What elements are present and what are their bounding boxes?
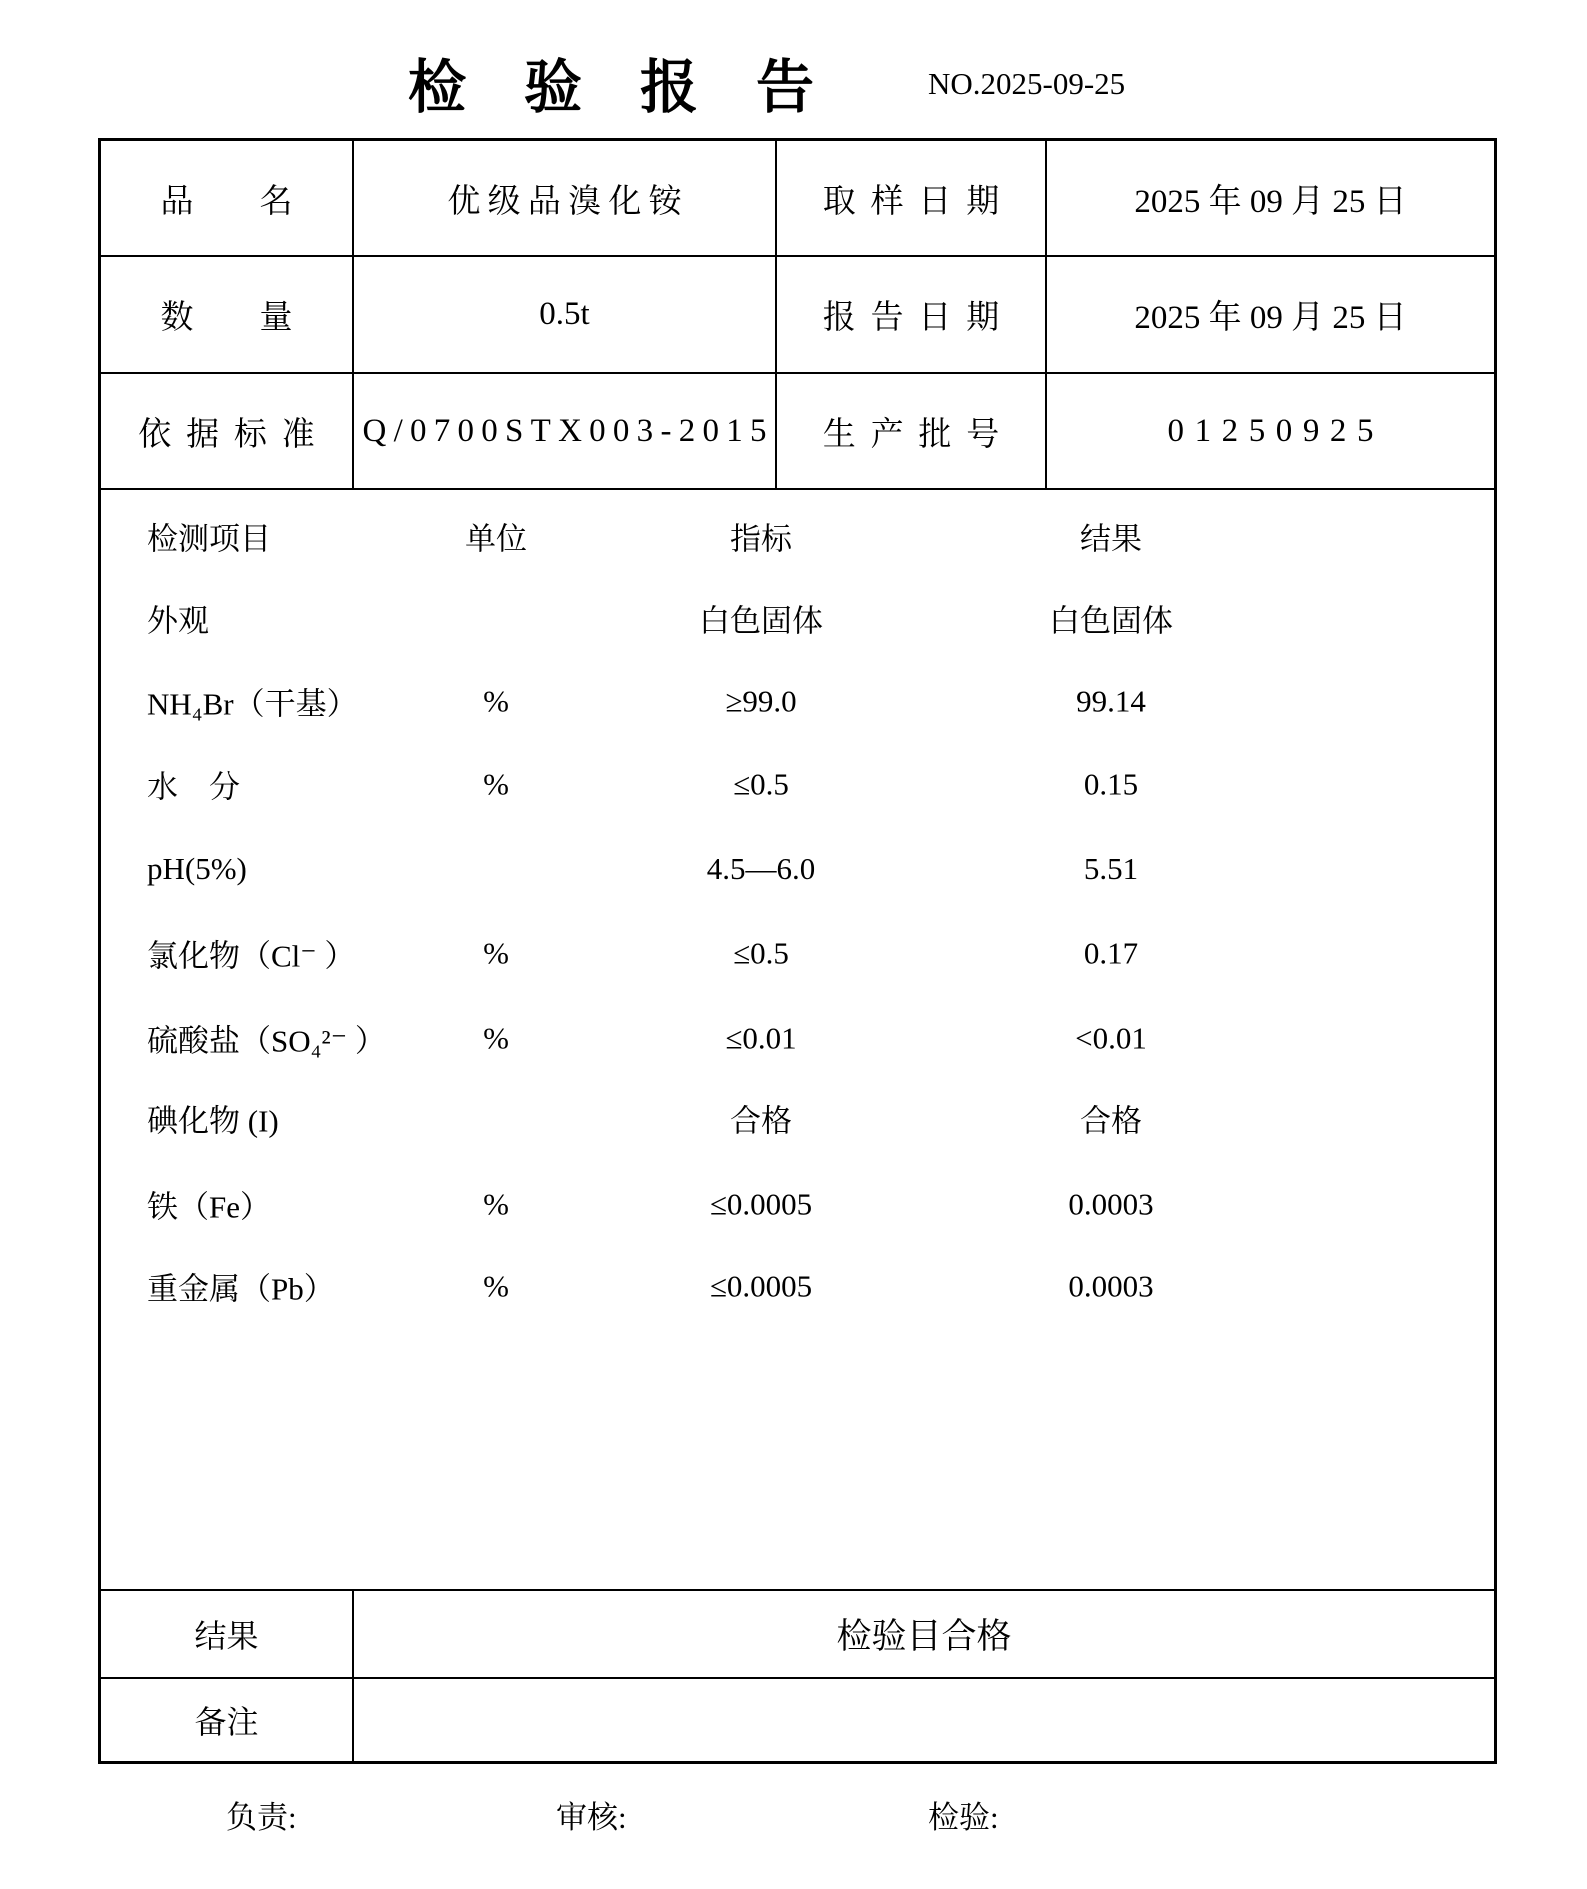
- test-spec: ≤0.5: [591, 935, 931, 971]
- test-row-iron: 铁（Fe） % ≤0.0005 0.0003: [101, 1182, 1494, 1227]
- test-row-ph: pH(5%) 4.5—6.0 5.51: [101, 851, 1494, 887]
- remark-value: [354, 1679, 1494, 1761]
- test-spec: ≤0.01: [591, 1020, 931, 1056]
- header-spec: 指标: [591, 514, 931, 559]
- header-item: 检测项目: [101, 514, 401, 559]
- page-title: 检 验 报 告: [408, 40, 814, 124]
- test-item: 氯化物（Cl⁻ ）: [101, 931, 401, 976]
- test-result: 0.0003: [931, 1268, 1291, 1304]
- sampling-date-value: 2025 年 09 月 25 日: [1047, 141, 1494, 257]
- test-row-sulfate: 硫酸盐（SO₄²⁻ ） % ≤0.01 <0.01: [101, 1016, 1494, 1061]
- report-number: NO.2025-09-25: [928, 66, 1125, 102]
- conclusion-label: 结果: [101, 1591, 354, 1677]
- test-item: 外观: [101, 596, 401, 641]
- test-spec: 合格: [591, 1096, 931, 1141]
- quantity-label: 数 量: [101, 257, 354, 374]
- test-unit: %: [401, 683, 591, 719]
- test-row-chloride: 氯化物（Cl⁻ ） % ≤0.5 0.17: [101, 931, 1494, 976]
- test-unit: %: [401, 1268, 591, 1304]
- report-date-label: 报告日期: [777, 257, 1047, 374]
- remark-row: 备注: [101, 1679, 1494, 1761]
- report-table: 品 名 优级品溴化铵 取样日期 2025 年 09 月 25 日 数 量 0.5…: [98, 138, 1497, 1764]
- test-unit: %: [401, 766, 591, 802]
- test-spec: ≥99.0: [591, 683, 931, 719]
- test-result: 白色固体: [931, 596, 1291, 641]
- batch-label: 生产批号: [777, 374, 1047, 490]
- inspector-label: 检验:: [928, 1792, 999, 1837]
- test-item: NH₄Br（干基）: [101, 679, 401, 724]
- standard-value: Q/0700STX003-2015: [354, 374, 777, 490]
- test-spec: ≤0.0005: [591, 1186, 931, 1222]
- test-result: <0.01: [931, 1020, 1291, 1056]
- header-unit: 单位: [401, 514, 591, 559]
- reviewer-label: 审核:: [556, 1792, 627, 1837]
- test-result: 0.15: [931, 766, 1291, 802]
- test-items-section: 检测项目 单位 指标 结果 外观 白色固体 白色固体 NH₄Br（干基） % ≥…: [101, 490, 1494, 1591]
- test-spec: 白色固体: [591, 596, 931, 641]
- test-result: 0.17: [931, 935, 1291, 971]
- test-item: 碘化物 (I): [101, 1096, 401, 1141]
- standard-label: 依据标准: [101, 374, 354, 490]
- info-grid: 品 名 优级品溴化铵 取样日期 2025 年 09 月 25 日 数 量 0.5…: [101, 141, 1494, 490]
- test-item: 重金属（Pb）: [101, 1264, 401, 1309]
- test-result: 合格: [931, 1096, 1291, 1141]
- test-item: 硫酸盐（SO₄²⁻ ）: [101, 1016, 401, 1061]
- conclusion-row: 结果 检验目合格: [101, 1591, 1494, 1679]
- responsible-label: 负责:: [226, 1792, 297, 1837]
- test-table-header: 检测项目 单位 指标 结果: [101, 514, 1494, 559]
- test-row-iodide: 碘化物 (I) 合格 合格: [101, 1096, 1494, 1141]
- conclusion-value: 检验目合格: [354, 1591, 1494, 1677]
- test-item: 水 分: [101, 762, 401, 807]
- header-result: 结果: [931, 514, 1291, 559]
- test-result: 99.14: [931, 683, 1291, 719]
- sampling-date-label: 取样日期: [777, 141, 1047, 257]
- test-spec: 4.5—6.0: [591, 851, 931, 887]
- test-unit: %: [401, 1186, 591, 1222]
- inspection-report-page: 检 验 报 告 NO.2025-09-25 品 名 优级品溴化铵 取样日期 20…: [0, 0, 1587, 1889]
- test-spec: ≤0.5: [591, 766, 931, 802]
- product-name-value: 优级品溴化铵: [354, 141, 777, 257]
- test-result: 5.51: [931, 851, 1291, 887]
- batch-value: 01250925: [1047, 374, 1494, 490]
- test-result: 0.0003: [931, 1186, 1291, 1222]
- test-row-nh4br: NH₄Br（干基） % ≥99.0 99.14: [101, 679, 1494, 724]
- test-row-moisture: 水 分 % ≤0.5 0.15: [101, 762, 1494, 807]
- test-unit: %: [401, 1020, 591, 1056]
- test-spec: ≤0.0005: [591, 1268, 931, 1304]
- test-row-heavy-metals: 重金属（Pb） % ≤0.0005 0.0003: [101, 1264, 1494, 1309]
- test-row-appearance: 外观 白色固体 白色固体: [101, 596, 1494, 641]
- test-item: 铁（Fe）: [101, 1182, 401, 1227]
- test-unit: %: [401, 935, 591, 971]
- test-item: pH(5%): [101, 851, 401, 887]
- report-date-value: 2025 年 09 月 25 日: [1047, 257, 1494, 374]
- product-name-label: 品 名: [101, 141, 354, 257]
- quantity-value: 0.5t: [354, 257, 777, 374]
- remark-label: 备注: [101, 1679, 354, 1761]
